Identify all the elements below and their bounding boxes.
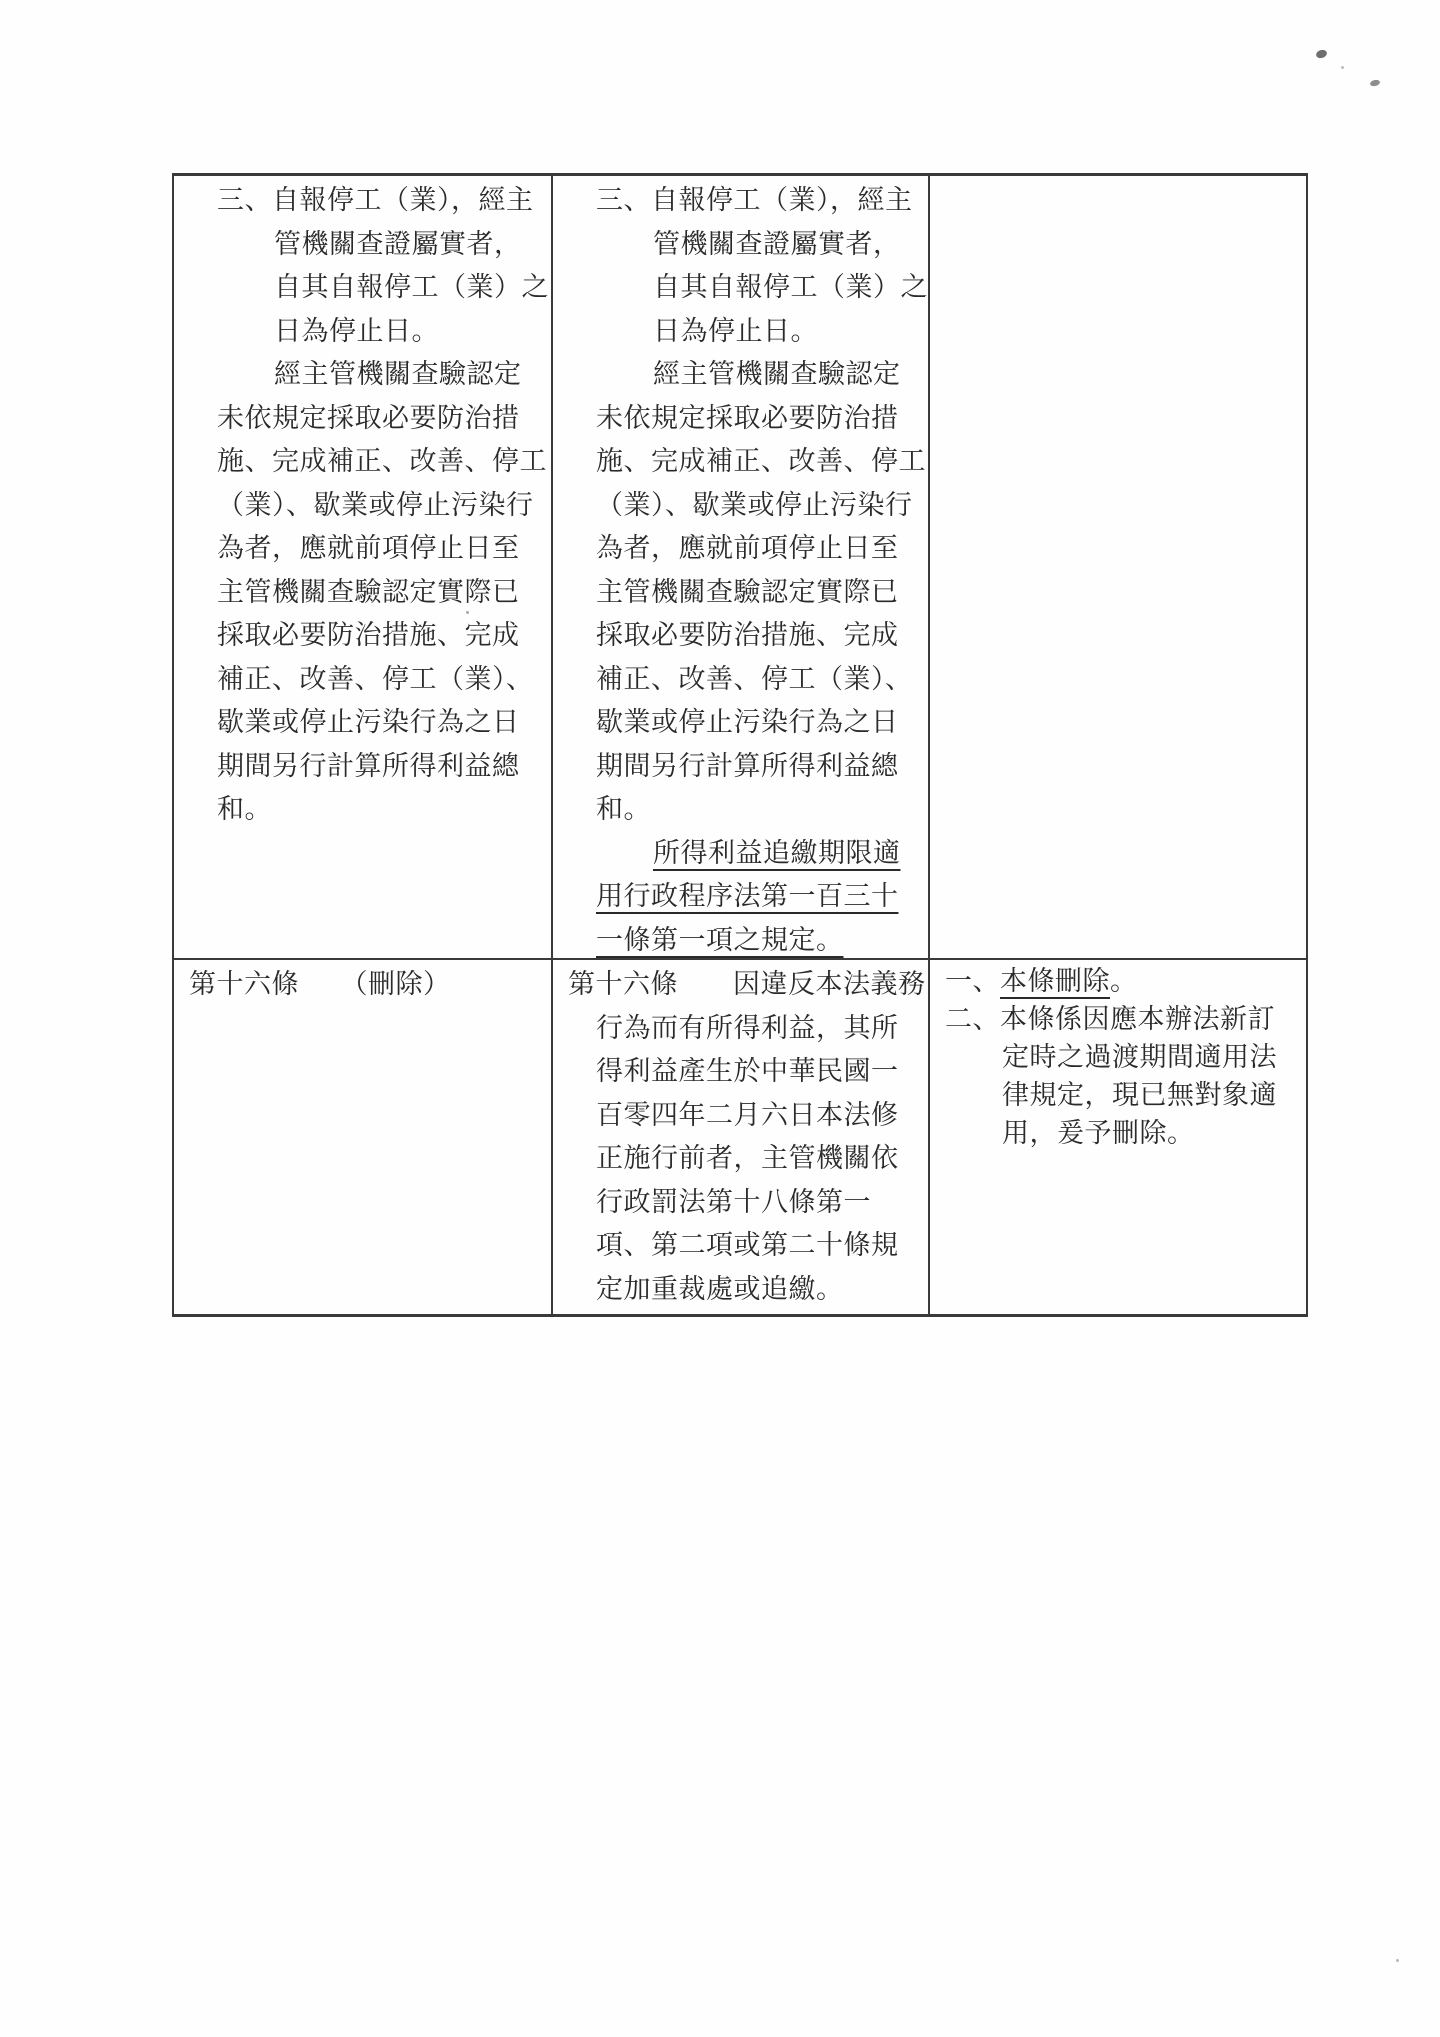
text-line: 為者，應就前項停止日至 [217,527,541,571]
text-segment: 未依規定採取必要防治措 [217,403,520,434]
text-segment: （業）、歇業或停止污染行 [217,490,534,521]
text-line: 和。 [596,788,918,832]
text-line: 管機關查證屬實者， [653,223,918,267]
scan-speck [1341,66,1344,69]
text-segment: 未依規定採取必要防治措 [596,403,899,434]
underlined-text-segment: 一條第一項之規定。 [596,925,844,956]
text-segment: 主管機關查驗認定實際已 [217,577,520,608]
table-cell-current-row1: 三、自報停工（業），經主管機關查證屬實者，自其自報停工（業）之日為停止日。經主管… [553,176,930,960]
text-line: 採取必要防治措施、完成 [217,614,541,658]
text-line: （業）、歇業或停止污染行 [596,484,918,528]
text-line: 期間另行計算所得利益總 [596,745,918,789]
text-line: 日為停止日。 [274,310,541,354]
text-line: 歇業或停止污染行為之日 [596,701,918,745]
text-line: 得利益產生於中華民國一 [596,1050,918,1094]
text-line: （業）、歇業或停止污染行 [217,484,541,528]
text-line: 用，爰予刪除。 [1002,1115,1296,1153]
text-line: 經主管機關查驗認定 [653,353,918,397]
text-line: 行為而有所得利益，其所 [596,1007,918,1051]
underlined-text-segment: 用行政程序法第一百三十 [596,881,899,912]
text-line: 一、本條刪除。 [945,963,1296,1001]
text-segment: 用，爰予刪除。 [1002,1118,1195,1149]
text-segment: 行政罰法第十八條第一 [596,1187,871,1218]
text-segment: 第十六條 因違反本法義務 [568,969,926,1000]
text-line: 施、完成補正、改善、停工 [217,440,541,484]
text-segment: 自其自報停工（業）之 [653,272,928,303]
scan-speck [466,611,469,614]
text-line: 用行政程序法第一百三十 [596,875,918,919]
text-line: 日為停止日。 [653,310,918,354]
text-line: 歇業或停止污染行為之日 [217,701,541,745]
text-line: 所得利益追繳期限適 [653,832,918,876]
text-segment: 施、完成補正、改善、停工 [596,446,926,477]
text-segment: 採取必要防治措施、完成 [217,620,520,651]
text-line: 管機關查證屬實者， [274,223,541,267]
text-line: 三、自報停工（業），經主 [217,179,541,223]
table-cell-explanation-row2: 一、本條刪除。二、本條係因應本辦法新訂定時之過渡期間適用法律規定，現已無對象適用… [930,960,1306,1314]
text-segment: 三、自報停工（業），經主 [217,185,534,216]
text-segment: 經主管機關查驗認定 [653,359,901,390]
text-segment: 管機關查證屬實者， [653,229,901,260]
text-segment: 施、完成補正、改善、停工 [217,446,547,477]
text-segment: 管機關查證屬實者， [274,229,522,260]
text-segment: 和。 [217,794,272,825]
text-segment: 主管機關查驗認定實際已 [596,577,899,608]
text-line: 施、完成補正、改善、停工 [596,440,918,484]
text-line: 為者，應就前項停止日至 [596,527,918,571]
text-segment: 經主管機關查驗認定 [274,359,522,390]
text-line: 正施行前者，主管機關依 [596,1137,918,1181]
text-segment: 正施行前者，主管機關依 [596,1143,899,1174]
text-line: 第十六條 因違反本法義務 [568,963,918,1007]
text-segment: 和。 [596,794,651,825]
text-segment: 得利益產生於中華民國一 [596,1056,899,1087]
comparison-table: 三、自報停工（業），經主管機關查證屬實者，自其自報停工（業）之日為停止日。經主管… [172,173,1308,1317]
text-segment: 期間另行計算所得利益總 [217,751,520,782]
underlined-text-segment: 所得利益追繳期限適 [653,838,901,869]
text-segment: 一、 [945,966,1000,997]
text-segment: 第十六條 （刪除） [189,969,451,1000]
text-line: 經主管機關查驗認定 [274,353,541,397]
text-line: 行政罰法第十八條第一 [596,1181,918,1225]
text-line: 未依規定採取必要防治措 [596,397,918,441]
text-line: 一條第一項之規定。 [596,919,918,961]
text-segment: （業）、歇業或停止污染行 [596,490,913,521]
text-segment: 律規定，現已無對象適 [1002,1080,1277,1111]
text-line: 二、本條係因應本辦法新訂 [945,1001,1296,1039]
text-segment: 為者，應就前項停止日至 [596,533,899,564]
text-line: 補正、改善、停工（業）、 [596,658,918,702]
text-segment: 行為而有所得利益，其所 [596,1013,899,1044]
text-line: 第十六條 （刪除） [189,963,541,1007]
text-segment: 歇業或停止污染行為之日 [596,707,899,738]
text-segment: 百零四年二月六日本法修 [596,1100,899,1131]
text-line: 主管機關查驗認定實際已 [596,571,918,615]
text-line: 補正、改善、停工（業）、 [217,658,541,702]
text-line: 自其自報停工（業）之 [274,266,541,310]
text-segment: 歇業或停止污染行為之日 [217,707,520,738]
text-segment: 二、本條係因應本辦法新訂 [945,1004,1275,1035]
text-line: 期間另行計算所得利益總 [217,745,541,789]
text-segment: 日為停止日。 [274,316,439,347]
text-line: 採取必要防治措施、完成 [596,614,918,658]
table-cell-current-row2: 第十六條 因違反本法義務行為而有所得利益，其所得利益產生於中華民國一百零四年二月… [553,960,930,1314]
underlined-text-segment: 本條刪除 [1000,966,1110,997]
text-line: 律規定，現已無對象適 [1002,1077,1296,1115]
text-segment: 為者，應就前項停止日至 [217,533,520,564]
text-segment: 補正、改善、停工（業）、 [596,664,913,695]
text-segment: 項、第二項或第二十條規 [596,1230,899,1261]
text-segment: 日為停止日。 [653,316,818,347]
text-segment: 定加重裁處或追繳。 [596,1274,844,1305]
text-segment: 補正、改善、停工（業）、 [217,664,534,695]
text-line: 項、第二項或第二十條規 [596,1224,918,1268]
text-segment: 三、自報停工（業），經主 [596,185,913,216]
text-line: 主管機關查驗認定實際已 [217,571,541,615]
text-line: 和。 [217,788,541,832]
text-line: 三、自報停工（業），經主 [596,179,918,223]
text-segment: 自其自報停工（業）之 [274,272,549,303]
text-segment: 。 [1110,966,1138,997]
text-line: 百零四年二月六日本法修 [596,1094,918,1138]
table-cell-amended-row2: 第十六條 （刪除） [174,960,553,1314]
table-cell-amended-row1: 三、自報停工（業），經主管機關查證屬實者，自其自報停工（業）之日為停止日。經主管… [174,176,553,960]
text-line: 定加重裁處或追繳。 [596,1268,918,1312]
text-segment: 採取必要防治措施、完成 [596,620,899,651]
scan-speck [1396,1959,1399,1962]
text-segment: 定時之過渡期間適用法 [1002,1042,1277,1073]
text-line: 未依規定採取必要防治措 [217,397,541,441]
scan-speck [1315,48,1328,59]
scan-speck [1369,79,1380,87]
text-line: 自其自報停工（業）之 [653,266,918,310]
document-page: 三、自報停工（業），經主管機關查證屬實者，自其自報停工（業）之日為停止日。經主管… [0,0,1440,2037]
table-cell-explanation-row1 [930,176,1306,960]
text-line: 定時之過渡期間適用法 [1002,1039,1296,1077]
text-segment: 期間另行計算所得利益總 [596,751,899,782]
